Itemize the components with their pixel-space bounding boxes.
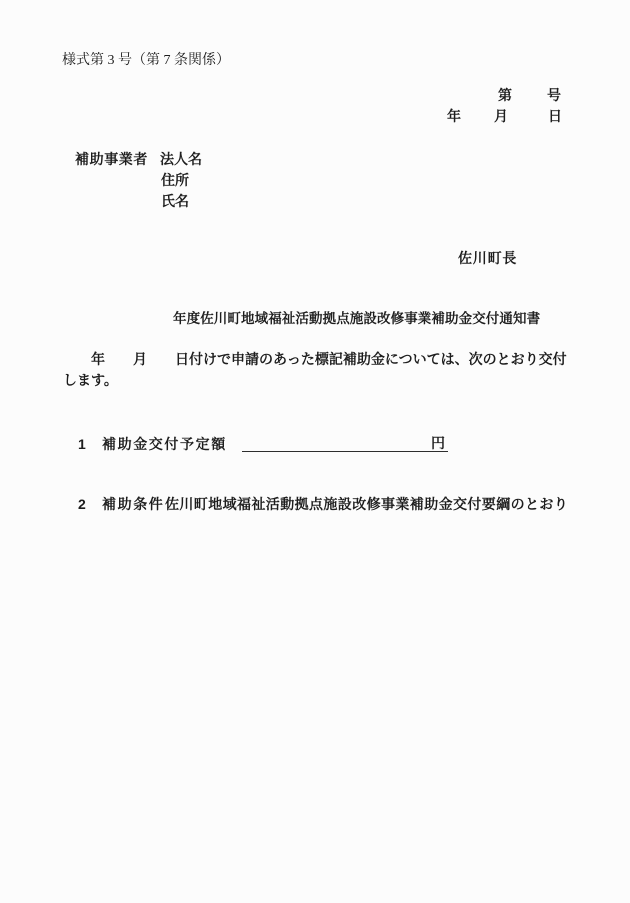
body-paragraph-line1: 年 月 日付けで申請のあった標記補助金については、次のとおり交付 [63, 352, 567, 367]
addressee-address-label: 住所 [161, 173, 189, 188]
item1-number: 1 [78, 437, 86, 452]
addressee-name-label: 氏名 [161, 194, 189, 209]
body-paragraph-line2: します。 [63, 373, 118, 388]
issue-date-year-label: 年 [447, 109, 461, 124]
item2-label: 補助条件 [102, 497, 164, 512]
item1-unit-label: 円 [431, 435, 445, 451]
issue-date-month-label: 月 [494, 109, 508, 124]
addressee-label: 補助事業者 [75, 152, 148, 167]
issue-date-day-label: 日 [548, 109, 562, 124]
item1-label: 補助金交付予定額 [102, 437, 227, 452]
item1-amount-blank: 円 [242, 436, 448, 452]
document-title: 年度佐川町地域福祉活動拠点施設改修事業補助金交付通知書 [173, 311, 540, 326]
item2-value: 佐川町地域福祉活動拠点施設改修事業補助金交付要綱のとおり [165, 497, 568, 512]
document-page: 様式第 3 号（第 7 条関係） 第 号 年 月 日 補助事業者 法人名 住所 … [0, 0, 630, 903]
addressee-corporate-name-label: 法人名 [160, 152, 202, 167]
issuer-label: 佐川町長 [458, 251, 517, 266]
issue-number-prefix: 第 [498, 88, 512, 103]
form-style-label: 様式第 3 号（第 7 条関係） [62, 49, 230, 69]
issue-number-suffix: 号 [547, 88, 561, 103]
item2-number: 2 [78, 497, 86, 512]
